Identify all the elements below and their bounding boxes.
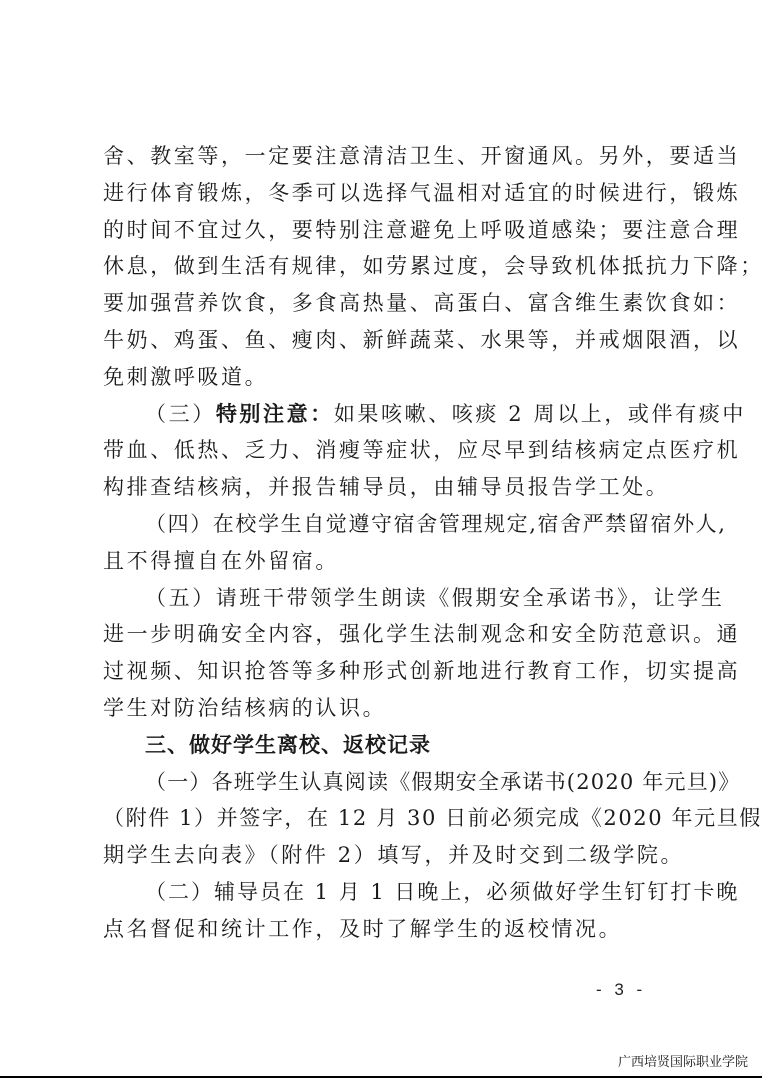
paragraph-line: 牛奶、鸡蛋、鱼、瘦肉、新鲜蔬菜、水果等，并戒烟限酒，以 xyxy=(103,322,663,359)
page-number: - 3 - xyxy=(596,980,646,1000)
special-note-label: 特别注意： xyxy=(216,401,334,426)
footer-organization: 广西培贤国际职业学院 xyxy=(618,1051,748,1070)
paragraph-line: 点名督促和统计工作，及时了解学生的返校情况。 xyxy=(103,911,663,948)
document-body: 舍、教室等，一定要注意清洁卫生、开窗通风。另外，要适当 进行体育锻炼，冬季可以选… xyxy=(103,138,663,948)
paragraph-line: 免刺激呼吸道。 xyxy=(103,359,663,396)
paragraph-line: 过视频、知识抢答等多种形式创新地进行教育工作，切实提高 xyxy=(103,653,663,690)
paragraph-line: 带血、低热、乏力、消瘦等症状，应尽早到结核病定点医疗机 xyxy=(103,432,663,469)
paragraph-line: 且不得擅自在外留宿。 xyxy=(103,543,663,580)
section-4-first-line: （四）在校学生自觉遵守宿舍管理规定,宿舍严禁留宿外人, xyxy=(103,506,663,543)
paragraph-line: 进一步明确安全内容，强化学生法制观念和安全防范意识。通 xyxy=(103,616,663,653)
paragraph-line: 要加强营养饮食，多食高热量、高蛋白、富含维生素饮食如： xyxy=(103,285,663,322)
paragraph-line: 舍、教室等，一定要注意清洁卫生、开窗通风。另外，要适当 xyxy=(103,138,663,175)
item-1-first-line: （一）各班学生认真阅读《假期安全承诺书(2020 年元旦)》 xyxy=(103,764,663,801)
paragraph-line: （附件 1）并签字，在 12 月 30 日前必须完成《2020 年元旦假 xyxy=(103,800,663,837)
paragraph-line: 学生对防治结核病的认识。 xyxy=(103,690,663,727)
section-3-first-line: （三）特别注意：如果咳嗽、咳痰 2 周以上，或伴有痰中 xyxy=(103,396,663,433)
section-heading: 三、做好学生离校、返校记录 xyxy=(103,727,663,764)
paragraph-line: 进行体育锻炼，冬季可以选择气温相对适宜的时候进行，锻炼 xyxy=(103,175,663,212)
section-5-first-line: （五）请班干带领学生朗读《假期安全承诺书》，让学生 xyxy=(103,580,663,617)
paragraph-line: 的时间不宜过久，要特别注意避免上呼吸道感染；要注意合理 xyxy=(103,212,663,249)
footer-divider xyxy=(0,1076,762,1078)
section-3-prefix: （三） xyxy=(145,402,216,426)
item-2-first-line: （二）辅导员在 1 月 1 日晚上，必须做好学生钉钉打卡晚 xyxy=(103,874,663,911)
paragraph-line: 休息，做到生活有规律，如劳累过度，会导致机体抵抗力下降； xyxy=(103,248,663,285)
paragraph-line: 期学生去向表》（附件 2）填写，并及时交到二级学院。 xyxy=(103,837,663,874)
paragraph-line: 构排查结核病，并报告辅导员，由辅导员报告学工处。 xyxy=(103,469,663,506)
section-3-text: 如果咳嗽、咳痰 2 周以上，或伴有痰中 xyxy=(334,402,746,426)
